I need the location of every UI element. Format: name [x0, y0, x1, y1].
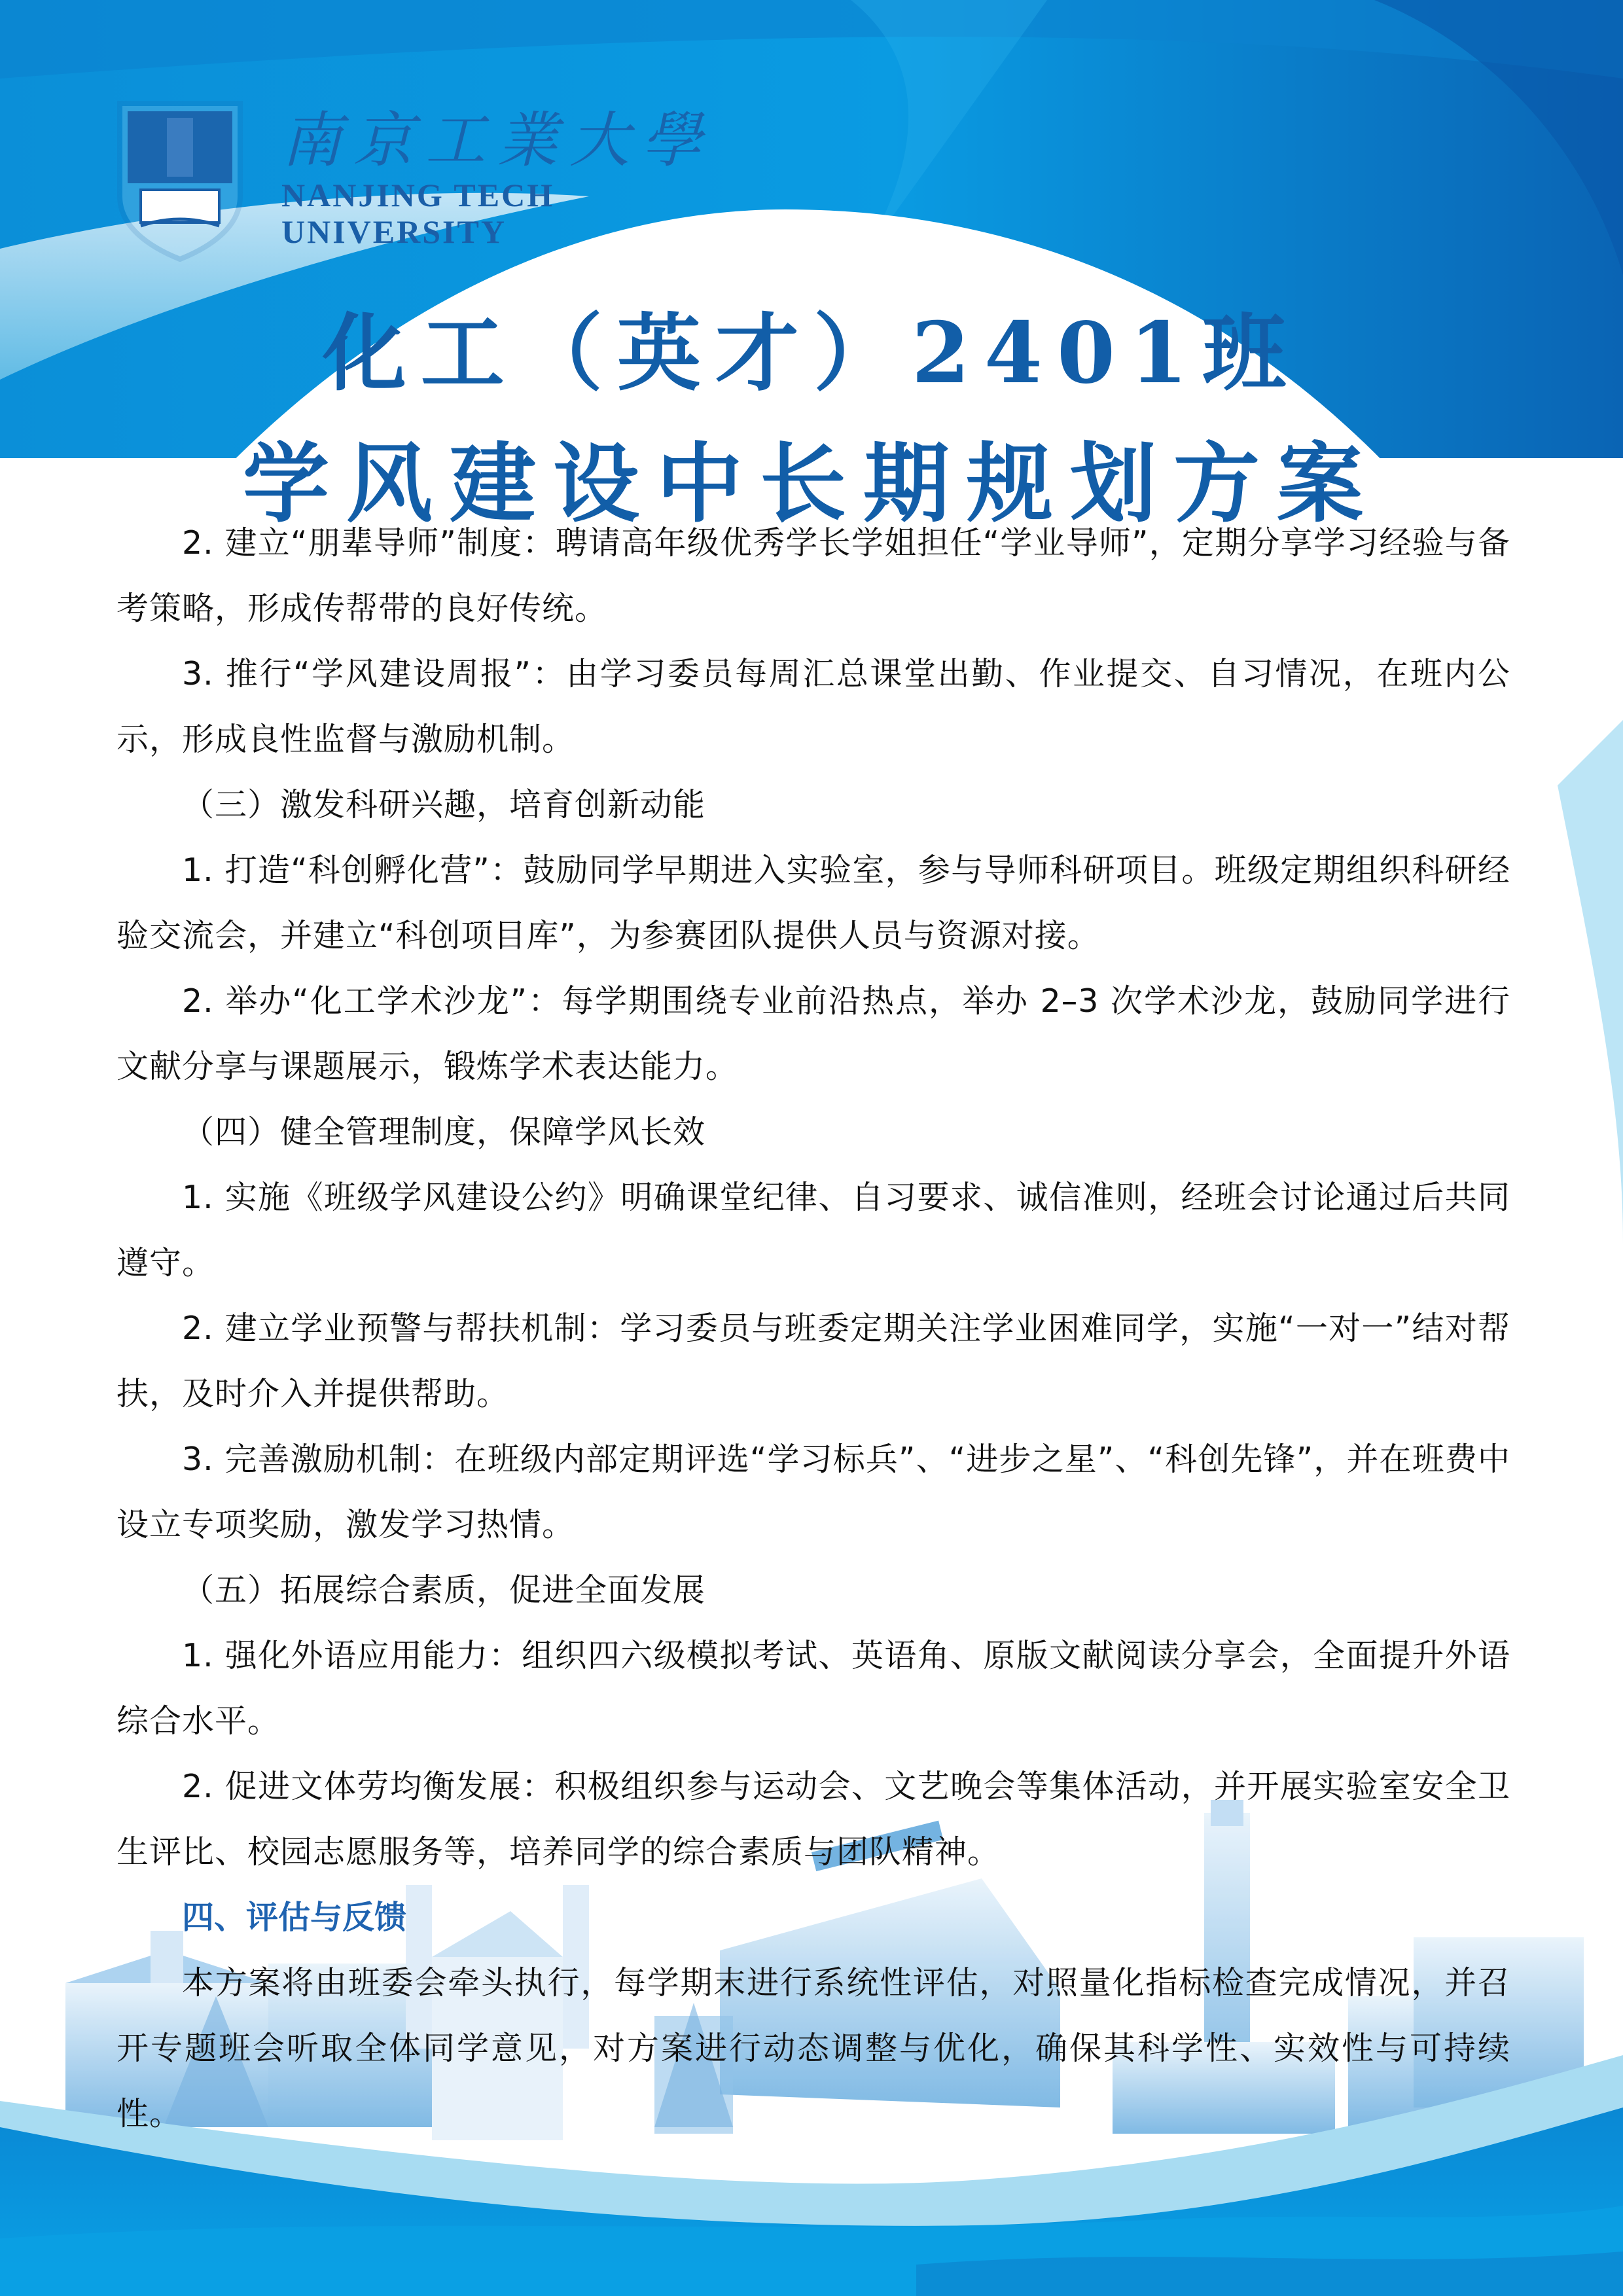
section-title-evaluation: 四、评估与反馈 — [116, 1885, 1510, 1950]
paragraph-incentive: 3. 完善激励机制：在班级内部定期评选“学习标兵”、“进步之星”、“科创先锋”，… — [116, 1427, 1510, 1558]
university-name-en-2: UNIVERSITY — [281, 213, 713, 250]
paragraph-academic-warning: 2. 建立学业预警与帮扶机制：学习委员与班委定期关注学业困难同学，实施“一对一”… — [116, 1296, 1510, 1427]
subsection-title-3: （三）激发科研兴趣，培育创新动能 — [116, 772, 1510, 838]
paragraph-class-convention: 1. 实施《班级学风建设公约》明确课堂纪律、自习要求、诚信准则，经班会讨论通过后… — [116, 1165, 1510, 1296]
paragraph-evaluation: 本方案将由班委会牵头执行，每学期末进行系统性评估，对照量化指标检查完成情况，并召… — [116, 1950, 1510, 2147]
paragraph-innovation-camp: 1. 打造“科创孵化营”：鼓励同学早期进入实验室，参与导师科研项目。班级定期组织… — [116, 838, 1510, 969]
subsection-title-4: （四）健全管理制度，保障学风长效 — [116, 1100, 1510, 1165]
university-crest-icon — [115, 98, 245, 262]
paragraph-foreign-language: 1. 强化外语应用能力：组织四六级模拟考试、英语角、原版文献阅读分享会，全面提升… — [116, 1623, 1510, 1754]
paragraph-weekly-report: 3. 推行“学风建设周报”：由学习委员每周汇总课堂出勤、作业提交、自习情况，在班… — [116, 641, 1510, 772]
paragraph-peer-mentor: 2. 建立“朋辈导师”制度：聘请高年级优秀学长学姐担任“学业导师”，定期分享学习… — [116, 511, 1510, 641]
paragraph-academic-salon: 2. 举办“化工学术沙龙”：每学期围绕专业前沿热点，举办 2–3 次学术沙龙，鼓… — [116, 969, 1510, 1100]
subsection-title-5: （五）拓展综合素质，促进全面发展 — [116, 1558, 1510, 1623]
university-logo: 南京工業大學 NANJING TECH UNIVERSITY — [115, 98, 713, 262]
title-line-1: 化工（英才）2401班 — [0, 288, 1623, 419]
document-body: 2. 建立“朋辈导师”制度：聘请高年级优秀学长学姐担任“学业导师”，定期分享学习… — [116, 511, 1510, 2147]
university-name-cn: 南京工業大學 — [281, 105, 713, 177]
university-name-en-1: NANJING TECH — [281, 177, 713, 213]
paragraph-balanced-development: 2. 促进文体劳均衡发展：积极组织参与运动会、文艺晚会等集体活动，并开展实验室安… — [116, 1754, 1510, 1885]
